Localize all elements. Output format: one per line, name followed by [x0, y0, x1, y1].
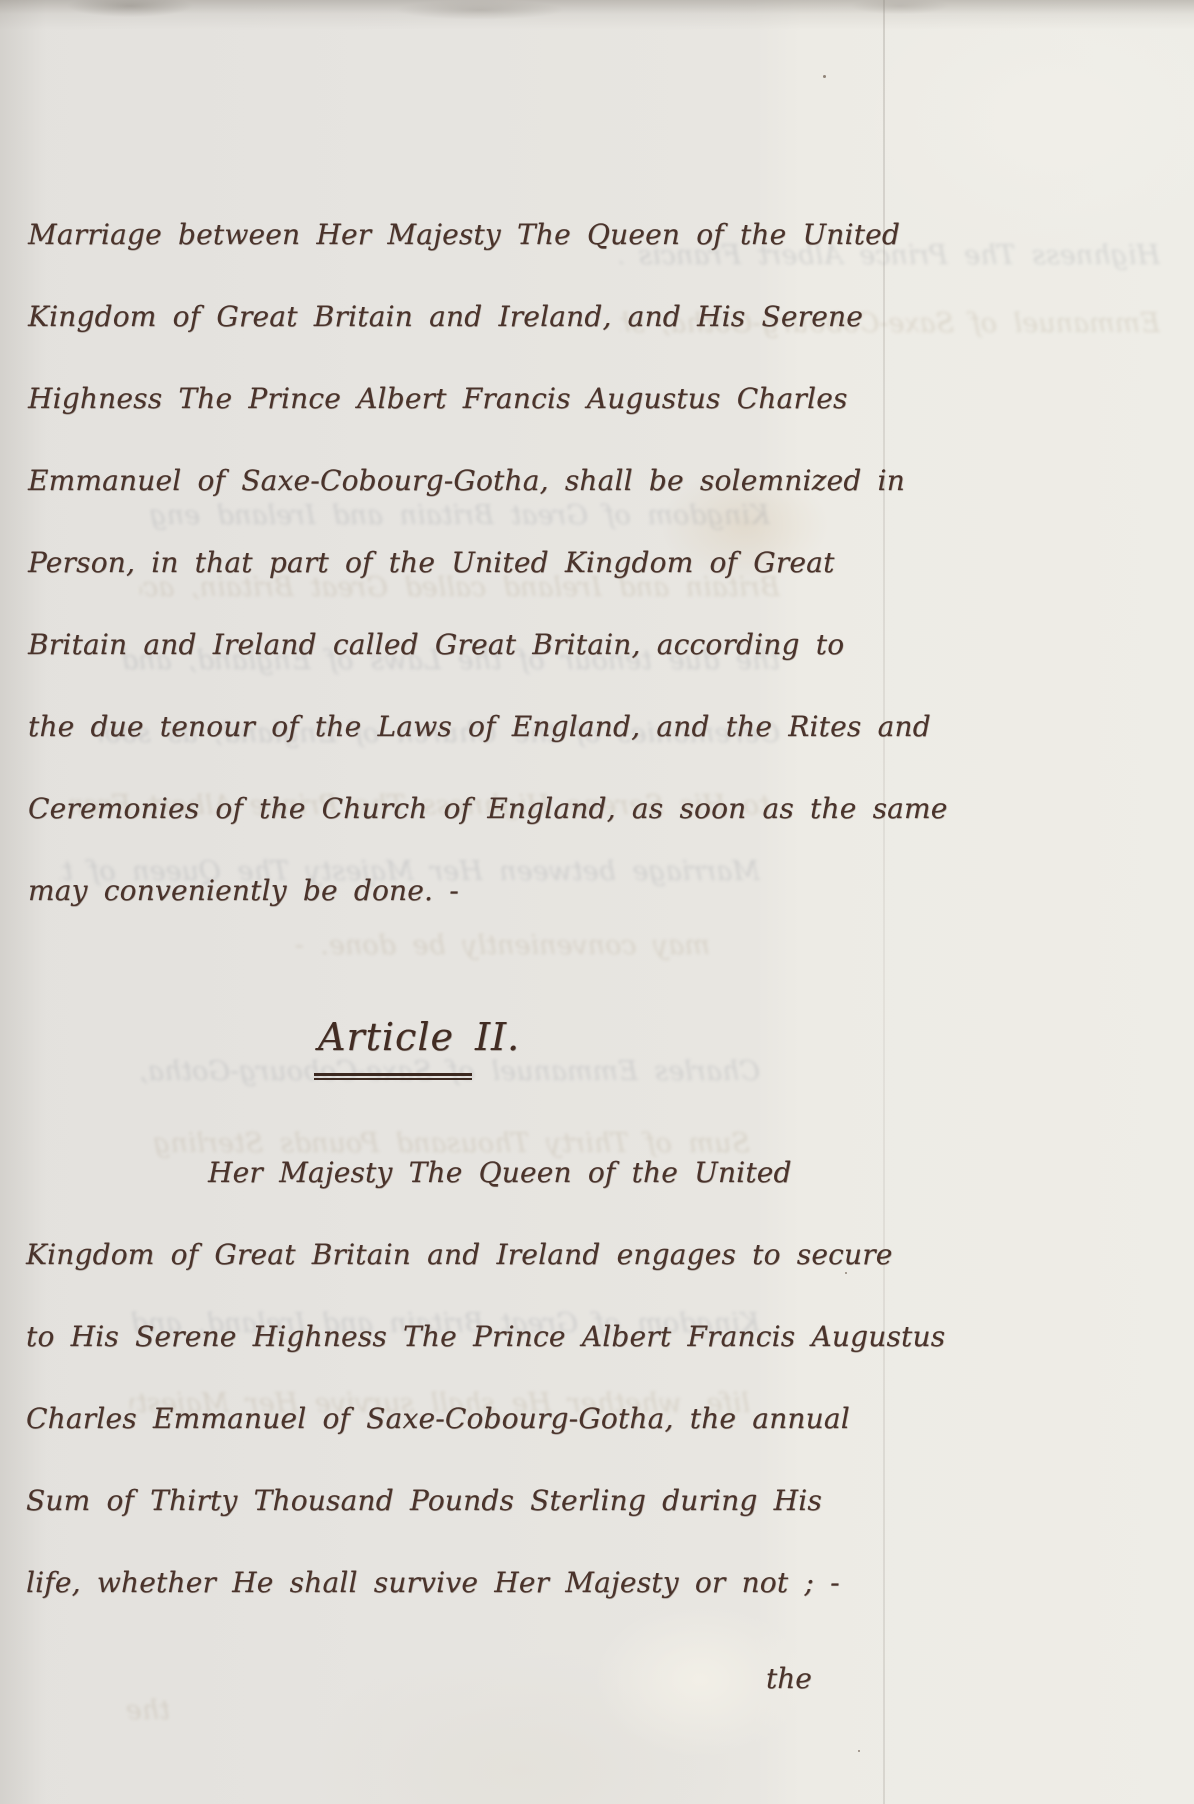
manuscript-line: to His Serene Highness The Prince Albert…	[26, 1296, 945, 1378]
manuscript-line: Ceremonies of the Church of England, as …	[28, 768, 948, 850]
manuscript-line: Kingdom of Great Britain and Ireland eng…	[26, 1214, 945, 1296]
manuscript-line: life, whether He shall survive Her Majes…	[26, 1542, 945, 1624]
paragraph-article-two: Her Majesty The Queen of the United King…	[26, 1132, 945, 1624]
manuscript-line: Britain and Ireland called Great Britain…	[28, 604, 948, 686]
ink-speck	[845, 1272, 847, 1274]
manuscript-line: Sum of Thirty Thousand Pounds Sterling d…	[26, 1460, 945, 1542]
manuscript-line: the due tenour of the Laws of England, a…	[28, 686, 948, 768]
manuscript-line: Emmanuel of Saxe-Cobourg-Gotha, shall be…	[28, 440, 948, 522]
manuscript-line: Her Majesty The Queen of the United	[26, 1132, 945, 1214]
ink-speck	[858, 1750, 860, 1752]
manuscript-line: Charles Emmanuel of Saxe-Cobourg-Gotha, …	[26, 1378, 945, 1460]
manuscript-line: Person, in that part of the United Kingd…	[28, 522, 948, 604]
catchword: the	[766, 1662, 812, 1695]
top-edge-shadow	[0, 0, 1194, 30]
manuscript-line: may conveniently be done. -	[28, 850, 948, 932]
ink-speck	[823, 75, 826, 78]
manuscript-line: Kingdom of Great Britain and Ireland, an…	[28, 276, 948, 358]
paragraph-article-one: Marriage between Her Majesty The Queen o…	[28, 194, 948, 932]
article-heading: Article II.	[318, 1015, 520, 1059]
manuscript-line: Highness The Prince Albert Francis Augus…	[28, 358, 948, 440]
heading-underline	[314, 1073, 472, 1080]
manuscript-line: Marriage between Her Majesty The Queen o…	[28, 194, 948, 276]
